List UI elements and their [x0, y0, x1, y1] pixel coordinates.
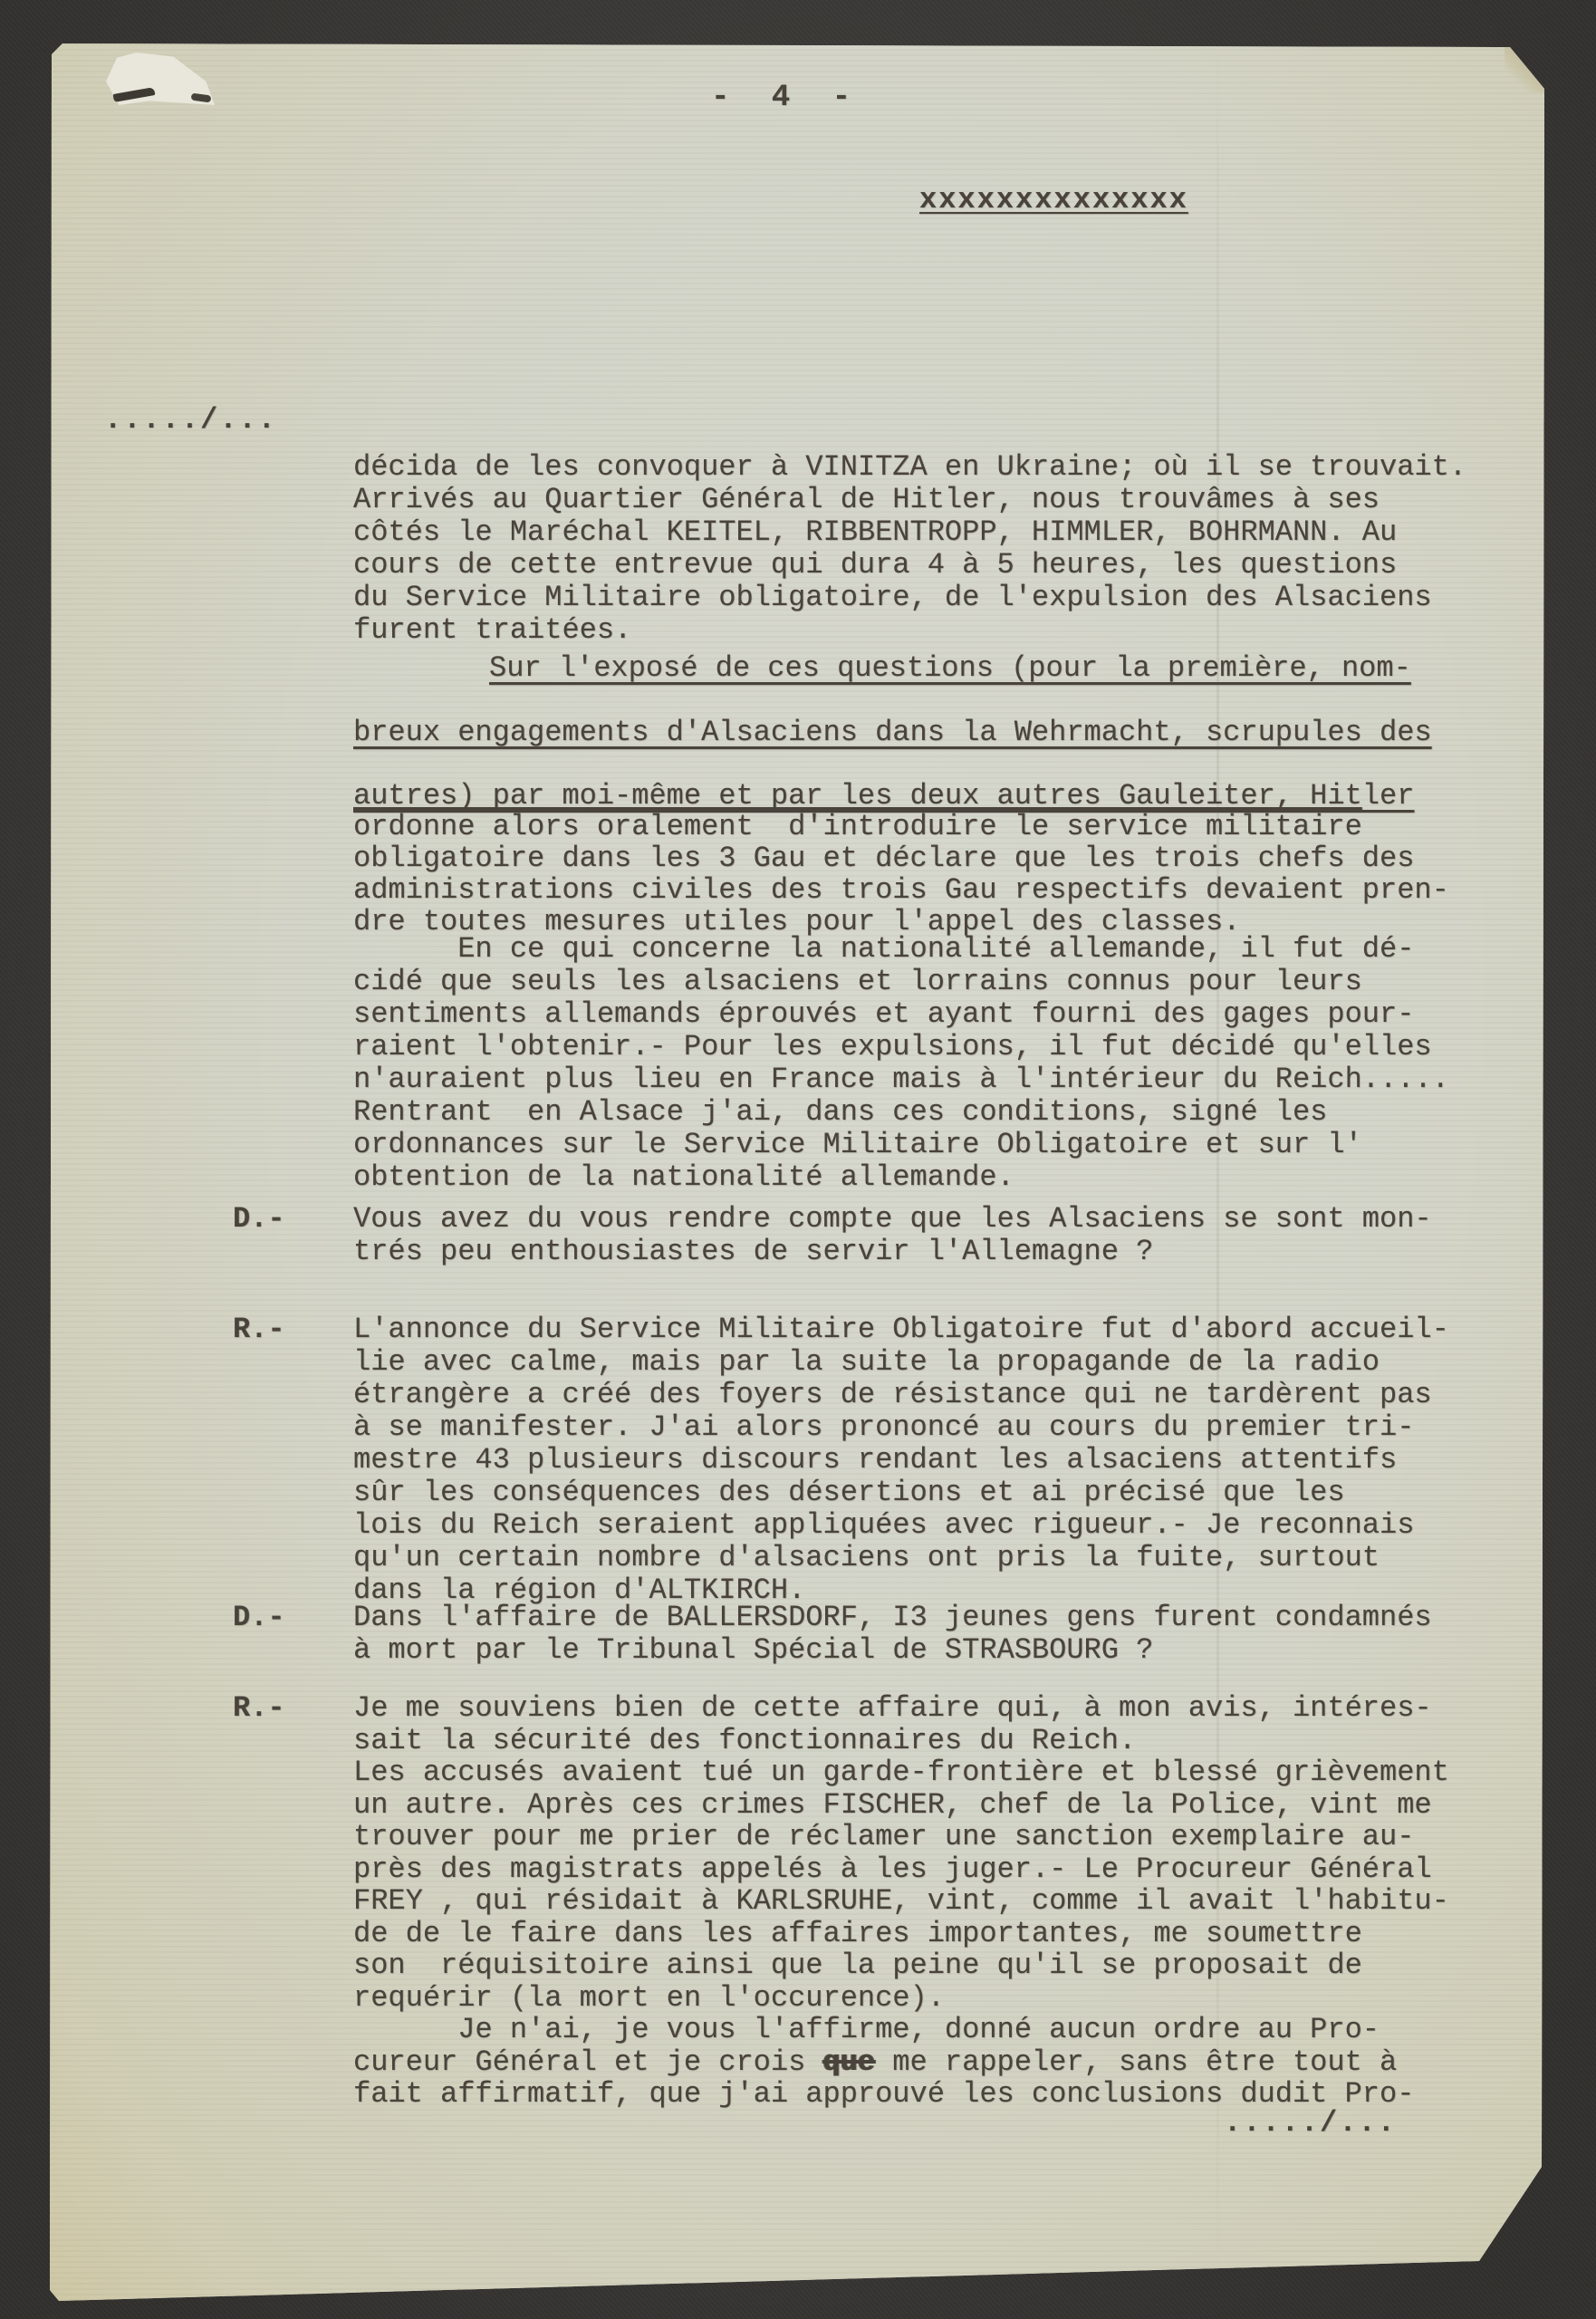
paragraph-vinitza: décida de les convoquer à VINITZA en Ukr… — [353, 451, 1504, 647]
question-block-2: D.- Dans l'affaire de BALLERSDORF, I3 je… — [233, 1602, 1505, 1667]
continuation-mark-bottom: ...../... — [1224, 2107, 1397, 2140]
answer-text-before-strike: Je me souviens bien de cette affaire qui… — [353, 1691, 1449, 2079]
question-block-1: D.- Vous avez du vous rendre compte que … — [233, 1203, 1505, 1268]
paragraph-ordre-hitler: ordonne alors oralement d'introduire le … — [353, 811, 1504, 938]
question-text: Dans l'affaire de BALLERSDORF, I3 jeunes… — [353, 1602, 1505, 1667]
answer-label: R.- — [233, 1313, 353, 1346]
answer-block-1: R.- L'annonce du Service Militaire Oblig… — [233, 1313, 1505, 1607]
question-label: D.- — [233, 1203, 353, 1236]
overstruck-word: que — [822, 2045, 875, 2079]
paragraph-ordre-rest: obligatoire dans les 3 Gau et déclare qu… — [353, 842, 1449, 938]
scan-background: - 4 - xxxxxxxxxxxxxx ...../... décida de… — [0, 0, 1596, 2319]
underlined-line-2: breux engagements d'Alsaciens dans la We… — [353, 717, 1504, 749]
question-text: Vous avez du vous rendre compte que les … — [353, 1203, 1505, 1268]
page-number: - 4 - — [711, 82, 851, 114]
paragraph-nationalite: En ce qui concerne la nationalité allema… — [353, 933, 1504, 1194]
continuation-mark-top: ...../... — [104, 404, 277, 437]
document-page: - 4 - xxxxxxxxxxxxxx ...../... décida de… — [50, 36, 1544, 2301]
answer-text: Je me souviens bien de cette affaire qui… — [353, 1692, 1505, 2111]
cancellation-marks-row: xxxxxxxxxxxxxx — [919, 184, 1188, 217]
answer-block-2: R.- Je me souviens bien de cette affaire… — [233, 1692, 1505, 2111]
question-label: D.- — [233, 1602, 353, 1634]
answer-text: L'annonce du Service Militaire Obligatoi… — [353, 1313, 1505, 1607]
underlined-line-3: autres) par moi-même et par les deux aut… — [353, 780, 1504, 813]
folded-corner — [1505, 45, 1544, 92]
underlined-line-1: Sur l'exposé de ces questions (pour la p… — [353, 652, 1504, 685]
paragraph-ordre-first-line: ordonne alors oralement d'introduire le … — [353, 810, 1362, 843]
answer-label: R.- — [233, 1692, 353, 1725]
